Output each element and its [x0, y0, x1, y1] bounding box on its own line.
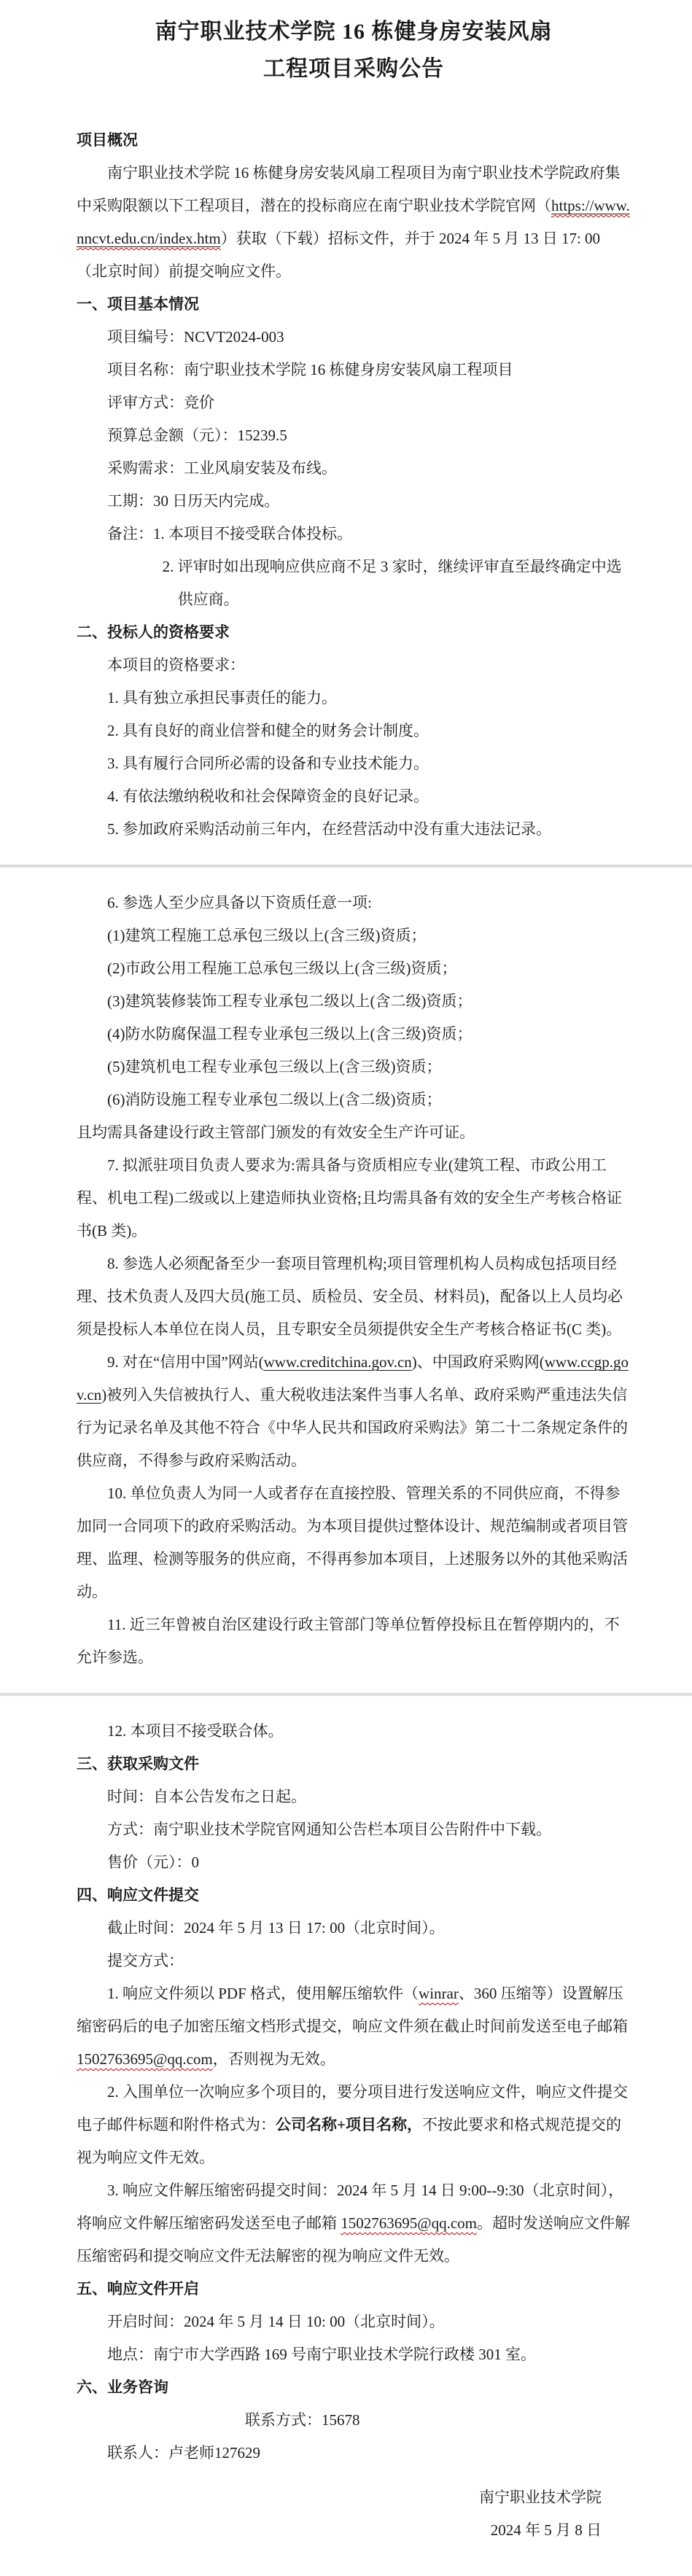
obtain-price: 售价（元）：0	[77, 1846, 631, 1879]
text-run: 8. 参选人必须配备至少一套项目管理机构;项目管理机构人员构成包括项目经理、技术…	[77, 1255, 623, 1338]
page-break-line	[0, 865, 692, 868]
review-method: 评审方式：竞价	[77, 386, 631, 419]
open-time: 开启时间：2024 年 5 月 14 日 10: 00（北京时间）。	[77, 2305, 631, 2338]
text-run: 售价（元）：0	[107, 1853, 199, 1871]
text-run: 联系人：卢老师	[107, 2444, 214, 2462]
text-run: 1502763695@qq.com	[341, 2214, 477, 2232]
qualification-1: 1. 具有独立承担民事责任的能力。	[77, 682, 631, 715]
page-break-line	[0, 1693, 692, 1696]
document-title-line1: 南宁职业技术学院 16 栋健身房安装风扇	[77, 13, 631, 50]
text-run: 备注：1. 本项目不接受联合体投标。	[107, 525, 352, 542]
text-run: 2024 年 5 月 8 日	[491, 2521, 602, 2539]
text-run: 地点：南宁市大学西路 169 号南宁职业技术学院行政楼 301 室。	[107, 2346, 536, 2363]
text-run: 南宁职业技术学院	[479, 2489, 602, 2506]
qualification-12: 12. 本项目不接受联合体。	[77, 1715, 631, 1748]
qualification-3: 3. 具有履行合同所必需的设备和专业技术能力。	[77, 747, 631, 780]
signature-date: 2024 年 5 月 8 日	[77, 2514, 631, 2547]
obtain-time: 时间：自本公告发布之日起。	[77, 1781, 631, 1813]
text-run: (5)建筑机电工程专业承包三级以上(含三级)资质；	[107, 1058, 441, 1075]
text-run: 工期：30 日历天内完成。	[107, 492, 279, 510]
qualification-6-note: 且均需具备建设行政主管部门颁发的有效安全生产许可证。	[77, 1116, 631, 1149]
section-heading-1: 一、项目基本情况	[77, 288, 631, 321]
text-run: (6)消防设施工程专业承包二级以上(含二级)资质；	[107, 1091, 441, 1108]
text-run: 1. 响应文件须以 PDF 格式，使用解压缩软件（	[107, 1985, 419, 2002]
remark-item-1: 备注：1. 本项目不接受联合体投标。	[77, 518, 631, 550]
qualification-6: 6. 参选人至少应具备以下资质任意一项:	[77, 887, 631, 919]
procurement-announcement-document: 南宁职业技术学院 16 栋健身房安装风扇 工程项目采购公告 项目概况南宁职业技术…	[0, 0, 692, 2576]
section-heading-2: 二、投标人的资格要求	[77, 616, 631, 649]
qualification-10: 10. 单位负责人为同一人或者存在直接控股、管理关系的不同供应商，不得参加同一合…	[77, 1477, 631, 1608]
project-number: 项目编号：NCVT2024-003	[77, 321, 631, 354]
qualification-6-5: (5)建筑机电工程专业承包三级以上(含三级)资质；	[77, 1051, 631, 1083]
qualification-4: 4. 有依法缴纳税收和社会保障资金的良好记录。	[77, 780, 631, 813]
qualification-6-6: (6)消防设施工程专业承包二级以上(含二级)资质；	[77, 1083, 631, 1116]
document-body: 项目概况南宁职业技术学院 16 栋健身房安装风扇工程项目为南宁职业技术学院政府集…	[77, 124, 631, 2547]
text-run: 评审方式：竞价	[107, 394, 214, 411]
text-run: 1. 具有独立承担民事责任的能力。	[107, 689, 337, 707]
budget-total: 预算总金额（元）：15239.5	[77, 419, 631, 452]
open-place: 地点：南宁市大学西路 169 号南宁职业技术学院行政楼 301 室。	[77, 2338, 631, 2371]
submit-deadline: 截止时间：2024 年 5 月 13 日 17: 00（北京时间）。	[77, 1912, 631, 1945]
duration: 工期：30 日历天内完成。	[77, 485, 631, 518]
submit-rule-2: 2. 入围单位一次响应多个项目的，要分项目进行发送响应文件，响应文件提交电子邮件…	[77, 2076, 631, 2174]
text-run: (3)建筑装修装饰工程专业承包二级以上(含二级)资质；	[107, 992, 472, 1010]
text-run: 项目编号：NCVT2024-003	[107, 328, 284, 346]
text-run: 南宁职业技术学院 16 栋健身房安装风扇工程项目为南宁职业技术学院政府集中采购限…	[77, 164, 621, 214]
section-heading-3: 三、获取采购文件	[77, 1748, 631, 1781]
text-run: (1)建筑工程施工总承包三级以上(含三级)资质；	[107, 927, 426, 944]
submit-rule-3: 3. 响应文件解压缩密码提交时间：2024 年 5 月 14 日 9:00--9…	[77, 2174, 631, 2273]
text-run: 2. 具有良好的商业信誉和健全的财务会计制度。	[107, 722, 429, 739]
text-run: ，否则视为无效。	[213, 2050, 335, 2068]
text-run: 3. 具有履行合同所必需的设备和专业技术能力。	[107, 755, 429, 772]
text-run: 5. 参加政府采购活动前三年内，在经营活动中没有重大违法记录。	[107, 820, 551, 838]
page-break	[0, 846, 692, 887]
text-run: )、中国政府采购网(	[412, 1353, 545, 1371]
qualification-7: 7. 拟派驻项目负责人要求为:需具备与资质相应专业(建筑工程、市政公用工程、机电…	[77, 1149, 631, 1248]
submit-method-label: 提交方式：	[77, 1945, 631, 1977]
text-run: 二、投标人的资格要求	[77, 623, 230, 641]
text-run: 预算总金额（元）：15239.5	[107, 427, 287, 444]
submit-rule-1: 1. 响应文件须以 PDF 格式，使用解压缩软件（winrar、360 压缩等）…	[77, 1977, 631, 2076]
text-run: 六、业务咨询	[77, 2378, 168, 2396]
section-heading-4: 四、响应文件提交	[77, 1879, 631, 1912]
text-run: 1502763695@qq.com	[77, 2050, 213, 2068]
text-run: 开启时间：2024 年 5 月 14 日 10: 00（北京时间）。	[107, 2313, 445, 2330]
text-run: 项目名称：南宁职业技术学院 16 栋健身房安装风扇工程项目	[107, 361, 513, 378]
document-title-line2: 工程项目采购公告	[77, 50, 631, 87]
qualification-6-2: (2)市政公用工程施工总承包三级以上(含三级)资质；	[77, 952, 631, 985]
procurement-demand: 采购需求：工业风扇安装及布线。	[77, 452, 631, 485]
overview-paragraph: 南宁职业技术学院 16 栋健身房安装风扇工程项目为南宁职业技术学院政府集中采购限…	[77, 157, 631, 288]
text-run: 五、响应文件开启	[77, 2280, 199, 2297]
text-run: winrar	[419, 1985, 459, 2002]
text-run: 时间：自本公告发布之日起。	[107, 1788, 306, 1805]
text-run: 项目概况	[77, 131, 138, 149]
text-run: 联系方式：15678127629	[214, 2404, 360, 2470]
text-run: (2)市政公用工程施工总承包三级以上(含三级)资质；	[107, 960, 456, 977]
signature-org: 南宁职业技术学院	[77, 2481, 631, 2514]
text-run: 7. 拟派驻项目负责人要求为:需具备与资质相应专业(建筑工程、市政公用工程、机电…	[77, 1156, 622, 1240]
text-run: 12. 本项目不接受联合体。	[107, 1722, 284, 1740]
section-heading-overview: 项目概况	[77, 124, 631, 157]
text-run: 三、获取采购文件	[77, 1755, 199, 1773]
text-run: 2. 评审时如出现响应供应商不足 3 家时，继续评审直至最终确定中选供应商。	[163, 558, 622, 608]
url-link[interactable]: www.creditchina.gov.cn	[264, 1353, 412, 1371]
obtain-method: 方式：南宁职业技术学院官网通知公告栏本项目公告附件中下载。	[77, 1813, 631, 1846]
text-run: 且均需具备建设行政主管部门颁发的有效安全生产许可证。	[77, 1124, 475, 1141]
qualification-5: 5. 参加政府采购活动前三年内，在经营活动中没有重大违法记录。	[77, 813, 631, 846]
qualification-intro: 本项目的资格要求：	[77, 649, 631, 682]
text-run: 方式：南宁职业技术学院官网通知公告栏本项目公告附件中下载。	[107, 1821, 551, 1838]
page-break	[0, 1674, 692, 1715]
project-name: 项目名称：南宁职业技术学院 16 栋健身房安装风扇工程项目	[77, 354, 631, 386]
text-run: 10. 单位负责人为同一人或者存在直接控股、管理关系的不同供应商，不得参加同一合…	[77, 1484, 628, 1600]
qualification-9: 9. 对在“信用中国”网站(www.creditchina.gov.cn)、中国…	[77, 1346, 631, 1477]
text-run: 本项目的资格要求：	[107, 656, 245, 674]
document-title: 南宁职业技术学院 16 栋健身房安装风扇 工程项目采购公告	[77, 7, 631, 87]
text-run: 4. 有依法缴纳税收和社会保障资金的良好记录。	[107, 787, 429, 805]
text-run: (4)防水防腐保温工程专业承包三级以上(含三级)资质；	[107, 1025, 472, 1043]
text-run: )被列入失信被执行人、重大税收违法案件当事人名单、政府采购严重违法失信行为记录名…	[77, 1386, 628, 1469]
text-run: 一、项目基本情况	[77, 295, 199, 313]
qualification-6-4: (4)防水防腐保温工程专业承包三级以上(含三级)资质；	[77, 1018, 631, 1051]
qualification-11: 11. 近三年曾被自治区建设行政主管部门等单位暂停投标且在暂停期内的，不允许参选…	[77, 1608, 631, 1674]
qualification-2: 2. 具有良好的商业信誉和健全的财务会计制度。	[77, 715, 631, 747]
section-heading-5: 五、响应文件开启	[77, 2273, 631, 2305]
section-heading-6: 六、业务咨询	[77, 2371, 631, 2404]
document-page: 南宁职业技术学院 16 栋健身房安装风扇 工程项目采购公告 项目概况南宁职业技术…	[0, 0, 692, 2576]
remark-item-2: 2. 评审时如出现响应供应商不足 3 家时，继续评审直至最终确定中选供应商。	[77, 550, 631, 616]
text-run: 采购需求：工业风扇安装及布线。	[107, 459, 337, 477]
qualification-6-1: (1)建筑工程施工总承包三级以上(含三级)资质；	[77, 919, 631, 952]
text-run: 公司名称+项目名称，	[276, 2116, 422, 2133]
contact-row: 联系人：卢老师联系方式：15678127629	[77, 2404, 631, 2470]
text-run: 截止时间：2024 年 5 月 13 日 17: 00（北京时间）。	[107, 1919, 445, 1937]
text-run: 提交方式：	[107, 1952, 184, 1969]
text-run: 四、响应文件提交	[77, 1886, 199, 1904]
text-run: 6. 参选人至少应具备以下资质任意一项:	[107, 894, 372, 911]
text-run: 9. 对在“信用中国”网站(	[107, 1353, 264, 1371]
text-run: 11. 近三年曾被自治区建设行政主管部门等单位暂停投标且在暂停期内的，不允许参选…	[77, 1616, 620, 1666]
qualification-6-3: (3)建筑装修装饰工程专业承包二级以上(含二级)资质；	[77, 985, 631, 1018]
qualification-8: 8. 参选人必须配备至少一套项目管理机构;项目管理机构人员构成包括项目经理、技术…	[77, 1248, 631, 1346]
